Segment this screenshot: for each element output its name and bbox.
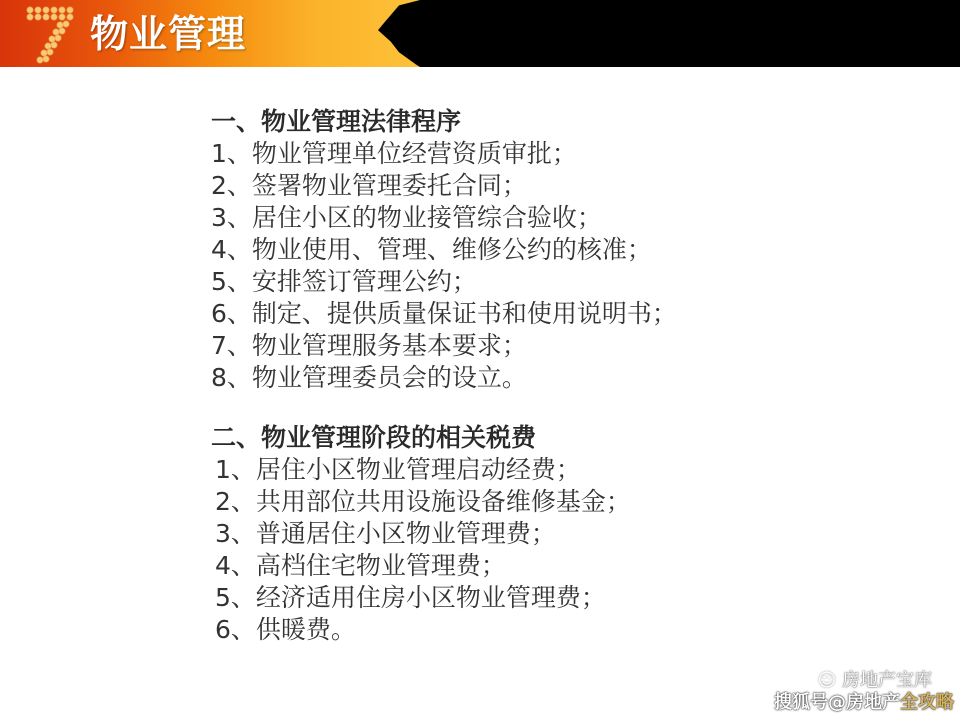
watermark: ☺ 房地产宝库 搜狐号@房地产全攻略	[774, 670, 954, 714]
list-item: 6、制定、提供质量保证书和使用说明书；	[211, 298, 677, 330]
list-item: 7、物业管理服务基本要求；	[211, 330, 677, 362]
section-heading: 二、物业管理阶段的相关税费	[211, 422, 677, 454]
list-item: 8、物业管理委员会的设立。	[211, 362, 677, 394]
list-item: 3、居住小区的物业接管综合验收；	[211, 202, 677, 234]
dotted-seven-icon	[24, 4, 84, 64]
watermark-line2: 搜狐号@房地产全攻略	[774, 692, 954, 714]
list-item: 2、共用部位共用设施设备维修基金；	[211, 486, 677, 518]
list-item: 4、物业使用、管理、维修公约的核准；	[211, 234, 677, 266]
section-spacer	[211, 394, 677, 422]
list-item: 1、物业管理单位经营资质审批；	[211, 138, 677, 170]
header-banner: 物业管理	[0, 0, 960, 67]
wechat-icon: ☺	[818, 670, 837, 691]
section-heading: 一、物业管理法律程序	[211, 106, 677, 138]
list-item: 3、普通居住小区物业管理费；	[211, 518, 677, 550]
content-body: 一、物业管理法律程序 1、物业管理单位经营资质审批； 2、签署物业管理委托合同；…	[211, 106, 677, 646]
page-title: 物业管理	[90, 10, 246, 58]
list-item: 4、高档住宅物业管理费；	[211, 550, 677, 582]
list-item: 6、供暖费。	[211, 614, 677, 646]
list-item: 5、安排签订管理公约；	[211, 266, 677, 298]
watermark-line1: ☺ 房地产宝库	[774, 670, 954, 692]
list-item: 2、签署物业管理委托合同；	[211, 170, 677, 202]
list-item: 5、经济适用住房小区物业管理费；	[211, 582, 677, 614]
list-item: 1、居住小区物业管理启动经费；	[211, 454, 677, 486]
